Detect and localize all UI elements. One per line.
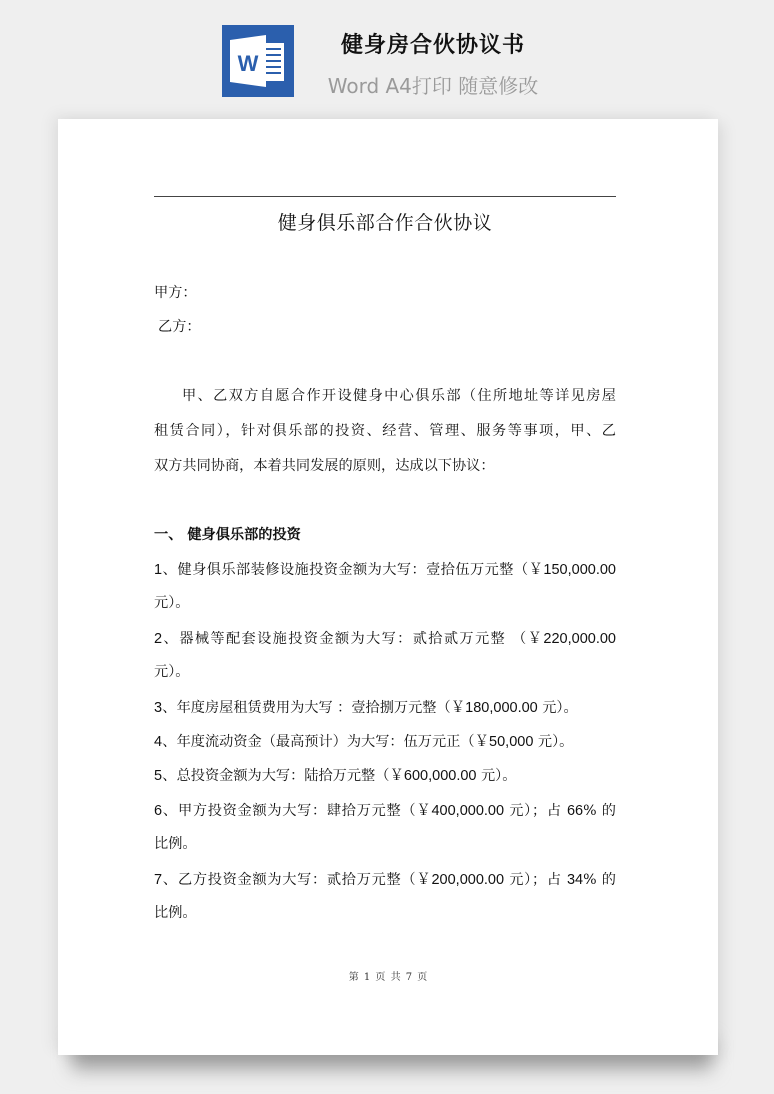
item-6-line-2: 比例。 bbox=[154, 833, 616, 853]
item-1-line-2: 元）。 bbox=[154, 592, 616, 612]
section-1-heading: 一、 健身俱乐部的投资 bbox=[154, 524, 616, 544]
item-5: 5、总投资金额为大写：陆拾万元整（￥600,000.00 元）。 bbox=[154, 764, 616, 785]
item-3: 3、年度房屋租赁费用为大写 ：壹拾捌万元整（￥180,000.00 元）。 bbox=[154, 696, 616, 717]
intro-line-3: 双方共同协商，本着共同发展的原则，达成以下协议： bbox=[154, 455, 616, 475]
banner-subtitle: Word A4打印 随意修改 bbox=[318, 70, 548, 99]
intro-line-2: 租赁合同），针对俱乐部的投资、经营、管理、服务等事项，甲、乙 bbox=[154, 420, 616, 440]
party-a-label: 甲方： bbox=[154, 282, 616, 302]
svg-text:W: W bbox=[238, 51, 259, 76]
word-icon: W bbox=[222, 25, 294, 97]
banner-title: 健身房合伙协议书 bbox=[318, 28, 548, 59]
item-7-line-2: 比例。 bbox=[154, 902, 616, 922]
intro-line-1: 甲、乙双方自愿合作开设健身中心俱乐部（住所地址等详见房屋 bbox=[154, 385, 616, 405]
party-b-label: 乙方： bbox=[158, 316, 620, 336]
item-2-line-2: 元）。 bbox=[154, 661, 616, 681]
document-page: 健身俱乐部合作合伙协议 甲方： 乙方： 甲、乙双方自愿合作开设健身中心俱乐部（住… bbox=[58, 119, 718, 1055]
item-1-line-1: 1、健身俱乐部装修设施投资金额为大写：壹拾伍万元整（￥150,000.00 bbox=[154, 558, 616, 579]
page-footer: 第 1 页 共 7 页 bbox=[58, 968, 718, 983]
banner: W 健身房合伙协议书 Word A4打印 随意修改 bbox=[0, 0, 774, 110]
item-4: 4、年度流动资金（最高预计）为大写：伍万元正（￥50,000 元）。 bbox=[154, 730, 616, 751]
item-2-line-1: 2、器械等配套设施投资金额为大写：贰拾贰万元整 （￥220,000.00 bbox=[154, 627, 616, 648]
document-title: 健身俱乐部合作合伙协议 bbox=[154, 208, 616, 235]
header-rule bbox=[154, 196, 616, 197]
item-6-line-1: 6、甲方投资金额为大写：肆拾万元整（￥400,000.00 元）；占 66% 的 bbox=[154, 799, 616, 820]
item-7-line-1: 7、乙方投资金额为大写：贰拾万元整（￥200,000.00 元）；占 34% 的 bbox=[154, 868, 616, 889]
